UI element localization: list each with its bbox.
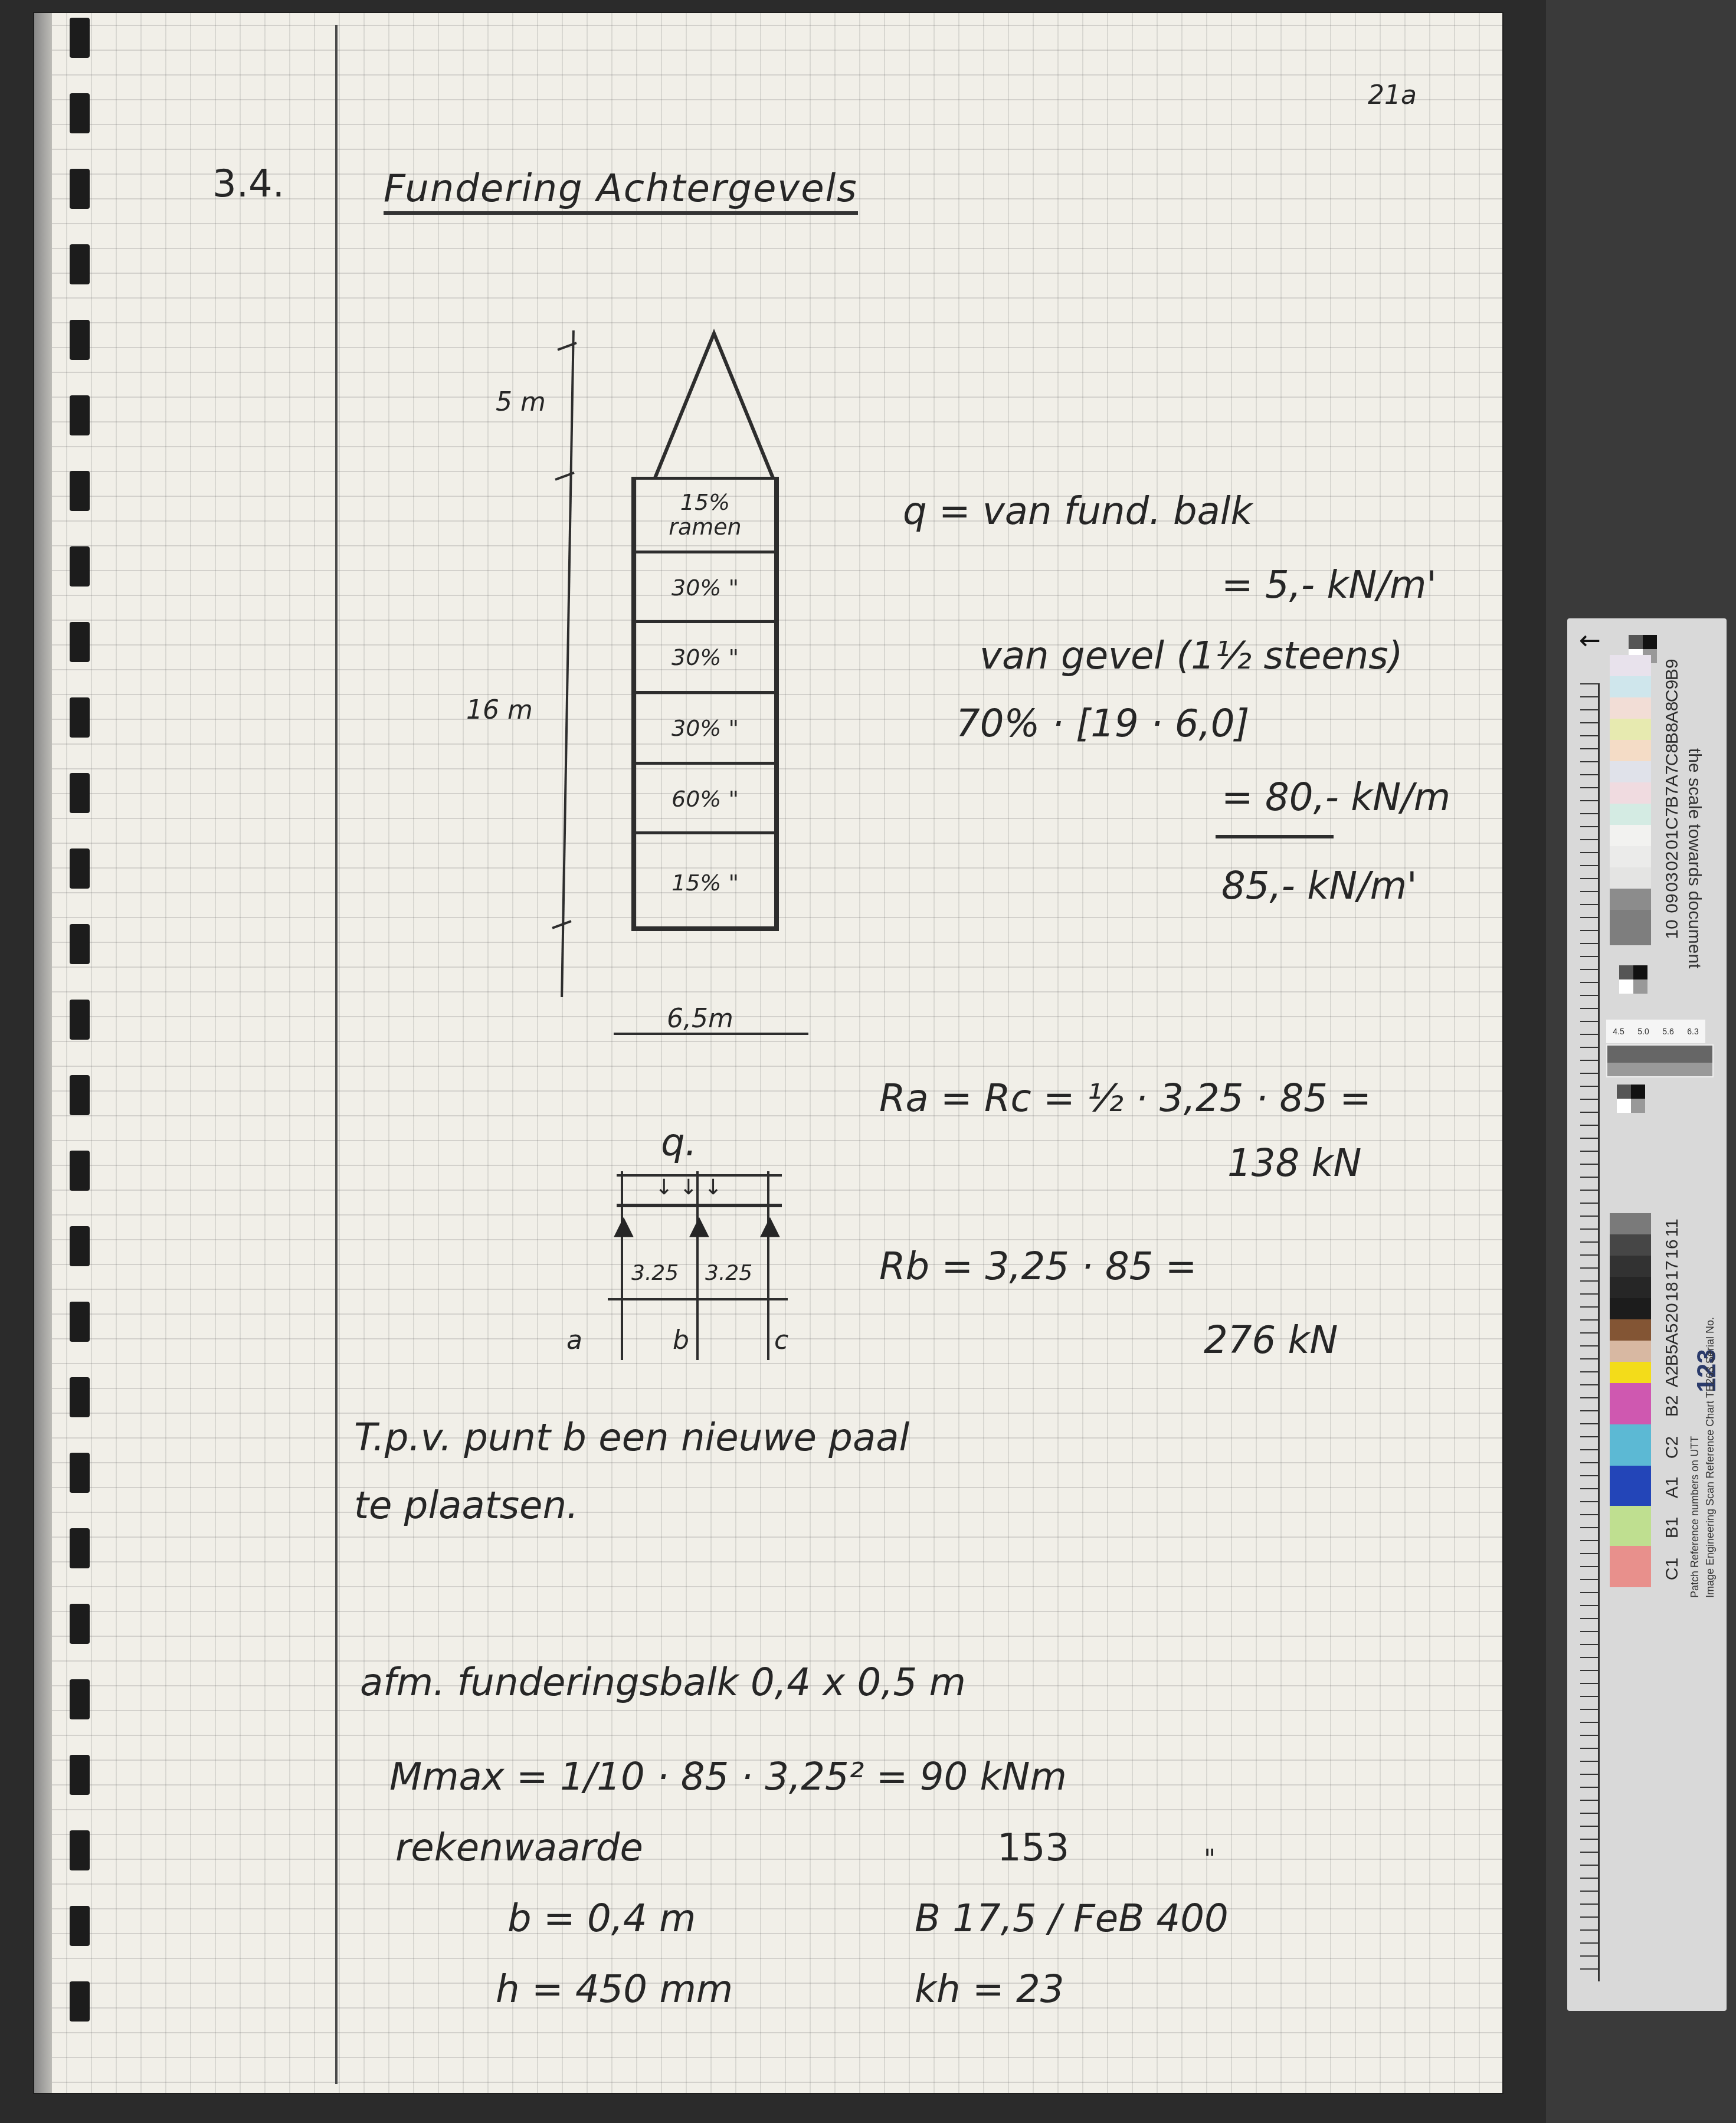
patch-A7 bbox=[1610, 761, 1651, 782]
patch-B8 bbox=[1610, 719, 1651, 740]
note-line: T.p.v. punt b een nieuwe paal bbox=[354, 1419, 909, 1457]
load-line: 70% · [19 · 6,0] bbox=[956, 705, 1249, 743]
gray-step-icon bbox=[1629, 635, 1657, 649]
support-label-b: b bbox=[673, 1328, 689, 1354]
patch-C9 bbox=[1610, 676, 1651, 697]
binder-hole bbox=[70, 244, 90, 284]
binder-hole bbox=[70, 1755, 90, 1795]
binder-hole bbox=[70, 848, 90, 889]
sum-underline bbox=[1216, 835, 1334, 838]
note-line: te plaatsen. bbox=[354, 1487, 578, 1525]
patch-02 bbox=[1610, 846, 1651, 867]
floor-row: 30% " bbox=[636, 553, 774, 623]
support-label-c: c bbox=[774, 1328, 788, 1354]
patch-A5 bbox=[1610, 1319, 1651, 1341]
binder-hole bbox=[70, 1906, 90, 1946]
building-width-label: 6,5m bbox=[667, 1006, 733, 1032]
load-line: van gevel (1½ steens) bbox=[980, 637, 1403, 675]
ruler bbox=[1580, 683, 1600, 1981]
patch-C1 bbox=[1610, 1546, 1651, 1587]
span-label-right: 3.25 bbox=[705, 1263, 752, 1284]
support-line-c bbox=[767, 1171, 769, 1360]
gray-step-icon bbox=[1617, 1085, 1645, 1099]
patch-label: A1 bbox=[1662, 1470, 1682, 1505]
h-value: h = 450 mm bbox=[496, 1971, 733, 2009]
margin-line bbox=[335, 25, 338, 2084]
binder-hole bbox=[70, 622, 90, 662]
roof-triangle bbox=[637, 327, 791, 481]
binder-hole bbox=[70, 1151, 90, 1191]
binder-hole bbox=[70, 93, 90, 133]
patch-C2 bbox=[1610, 1424, 1651, 1466]
binder-hole bbox=[70, 1679, 90, 1719]
load-line: = 80,- kN/m bbox=[1221, 779, 1450, 817]
patch-A2 bbox=[1610, 1362, 1651, 1383]
floor-row: 30% " bbox=[636, 694, 774, 765]
rb-value: 276 kN bbox=[1204, 1322, 1338, 1359]
patch-01 bbox=[1610, 825, 1651, 846]
ra-rc-formula: Ra = Rc = ½ · 3,25 · 85 = bbox=[879, 1080, 1371, 1118]
patch-label: 10 bbox=[1662, 912, 1682, 947]
load-q-label: q. bbox=[661, 1124, 697, 1162]
beam-line bbox=[617, 1204, 782, 1207]
binder-hole bbox=[70, 471, 90, 511]
floor-row: 30% " bbox=[636, 623, 774, 694]
span-label-left: 3.25 bbox=[631, 1263, 679, 1284]
arrow-up-icon: ← bbox=[1579, 625, 1601, 656]
building-elevation: 15% ramen 30% " 30% " 30% " 60% " 15% " bbox=[631, 477, 779, 931]
patch-03 bbox=[1610, 867, 1651, 889]
reaction-arrow-c: ▲ bbox=[760, 1213, 780, 1239]
patch-label: B2 bbox=[1662, 1388, 1682, 1424]
patch-A8 bbox=[1610, 697, 1651, 719]
chart-footer-text: Image Engineering Scan Reference Chart T… bbox=[1704, 1317, 1717, 1598]
ra-rc-value: 138 kN bbox=[1227, 1145, 1361, 1182]
kh-value: kh = 23 bbox=[915, 1971, 1064, 2009]
binder-hole bbox=[70, 1981, 90, 2022]
floor-row: 15% ramen bbox=[636, 480, 774, 553]
patch-B1 bbox=[1610, 1506, 1651, 1546]
patch-18 bbox=[1610, 1277, 1651, 1298]
page-number: 21a bbox=[1368, 83, 1417, 109]
binder-hole bbox=[70, 169, 90, 209]
binder-hole bbox=[70, 1604, 90, 1644]
concrete-steel-grade: B 17,5 / FeB 400 bbox=[915, 1900, 1229, 1938]
gray-step-icon bbox=[1617, 1099, 1645, 1113]
floor-row: 60% " bbox=[636, 765, 774, 834]
floor-row: 15% " bbox=[636, 834, 774, 929]
load-total: 85,- kN/m' bbox=[1221, 867, 1417, 905]
patch-C7 bbox=[1610, 804, 1651, 825]
patch-label: B1 bbox=[1662, 1510, 1682, 1545]
section-title: Fundering Achtergevels bbox=[384, 170, 858, 215]
patch-B7 bbox=[1610, 782, 1651, 804]
binder-hole bbox=[70, 1226, 90, 1266]
binder-hole bbox=[70, 773, 90, 813]
patch-label: C1 bbox=[1662, 1551, 1682, 1587]
rb-formula: Rb = 3,25 · 85 = bbox=[879, 1248, 1197, 1286]
binder-hole bbox=[70, 1075, 90, 1115]
patch-11 bbox=[1610, 1213, 1651, 1234]
rekenwaarde-value: 153 bbox=[997, 1829, 1069, 1867]
load-arrows: ↓ ↓ ↓ bbox=[655, 1177, 722, 1198]
binder-hole bbox=[70, 395, 90, 435]
floor-label: 30% " bbox=[672, 644, 739, 670]
binder-hole bbox=[70, 1830, 90, 1870]
binder-hole bbox=[70, 697, 90, 738]
binder-hole bbox=[70, 1000, 90, 1040]
reaction-arrow-b: ▲ bbox=[689, 1213, 709, 1239]
gray-scale-slide bbox=[1606, 1044, 1714, 1077]
span-dimension-line bbox=[608, 1298, 788, 1300]
building-height-label: 16 m bbox=[466, 697, 533, 723]
color-reference-chart: ← the scale towards document B9 C9 A8 B8… bbox=[1567, 618, 1727, 2011]
load-line: = 5,- kN/m' bbox=[1221, 566, 1437, 604]
roof-height-label: 5 m bbox=[496, 389, 546, 415]
patch-17 bbox=[1610, 1256, 1651, 1277]
binder-hole bbox=[70, 1528, 90, 1568]
patch-B2 bbox=[1610, 1383, 1651, 1424]
resolution-target: 4.5 5.0 5.6 6.3 bbox=[1606, 1020, 1705, 1043]
patch-A1 bbox=[1610, 1466, 1651, 1506]
binder-hole bbox=[70, 1302, 90, 1342]
binder-hole bbox=[70, 546, 90, 587]
floor-label: 60% " bbox=[672, 786, 739, 812]
patch-10 bbox=[1610, 910, 1651, 945]
patch-C8 bbox=[1610, 740, 1651, 761]
support-line-b bbox=[696, 1171, 699, 1360]
patch-16 bbox=[1610, 1234, 1651, 1256]
support-label-a: a bbox=[566, 1328, 582, 1354]
patch-label: C2 bbox=[1662, 1430, 1682, 1465]
floor-label: 30% " bbox=[672, 715, 739, 741]
binder-hole bbox=[70, 1377, 90, 1417]
mmax-formula: Mmax = 1/10 · 85 · 3,25² = 90 kNm bbox=[389, 1758, 1067, 1796]
binder-hole bbox=[70, 924, 90, 964]
rekenwaarde-label: rekenwaarde bbox=[395, 1829, 643, 1867]
binder-hole bbox=[70, 1453, 90, 1493]
reaction-arrow-a: ▲ bbox=[614, 1213, 634, 1239]
patch-20 bbox=[1610, 1298, 1651, 1319]
binder-hole bbox=[70, 320, 90, 360]
section-number: 3.4. bbox=[212, 165, 284, 203]
gray-step-icon bbox=[1619, 965, 1647, 979]
patch-B5 bbox=[1610, 1341, 1651, 1362]
floor-label: 30% " bbox=[672, 575, 739, 601]
gray-step-icon bbox=[1619, 979, 1647, 994]
binder-hole bbox=[70, 18, 90, 58]
chart-header-text: the scale towards document bbox=[1684, 748, 1704, 969]
patch-B9 bbox=[1610, 655, 1651, 676]
load-line: q = van fund. balk bbox=[903, 493, 1253, 530]
beam-dimensions: afm. funderingsbalk 0,4 x 0,5 m bbox=[360, 1664, 966, 1702]
support-line-a bbox=[621, 1171, 623, 1360]
b-value: b = 0,4 m bbox=[507, 1900, 696, 1938]
ditto-mark: " bbox=[1204, 1847, 1216, 1873]
patch-09 bbox=[1610, 889, 1651, 910]
page-edge bbox=[34, 13, 52, 2093]
floor-label: 15% " bbox=[672, 870, 739, 896]
chart-footer-text: Patch Reference numbers on UTT bbox=[1689, 1436, 1701, 1598]
floor-label: 15% ramen bbox=[661, 490, 749, 540]
